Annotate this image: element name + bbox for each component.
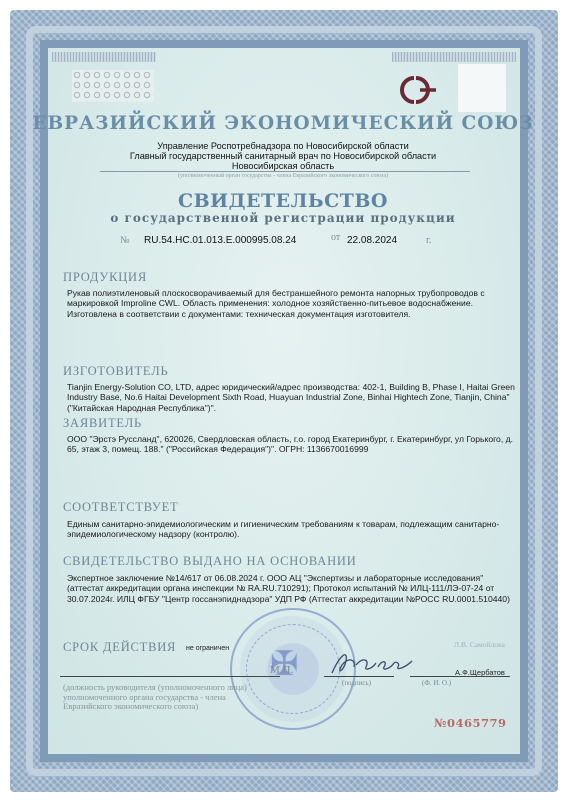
signature-icon <box>326 645 416 679</box>
security-pattern <box>72 70 154 102</box>
section-heading-product: ПРОДУКЦИЯ <box>63 270 147 285</box>
certificate-subtitle: о государственной регистрации продукции <box>0 211 566 225</box>
authority-caption: (уполномоченный орган государства - член… <box>0 173 566 179</box>
fio-caption: (Ф. И. О.) <box>422 679 451 687</box>
hologram-area <box>458 64 506 112</box>
signature-caption: (подпись) <box>342 679 371 687</box>
union-title: ЕВРАЗИЙСКИЙ ЭКОНОМИЧЕСКИЙ СОЮЗ <box>0 113 566 134</box>
position-caption: (должность руководителя (уполномоченного… <box>63 683 268 712</box>
section-text-product: Рукав полиэтиленовый плоскосворачиваемый… <box>67 288 515 319</box>
section-heading-basis: СВИДЕТЕЛЬСТВО ВЫДАНО НА ОСНОВАНИИ <box>63 554 357 569</box>
position-line <box>60 676 280 677</box>
authority-line-1: Управление Роспотребнадзора по Новосибир… <box>0 141 566 151</box>
validity-value: не ограничен <box>186 645 229 652</box>
authority-line-3: Новосибирская область <box>0 161 566 171</box>
section-text-conforms: Единым санитарно-эпидемиологическим и ги… <box>67 519 515 540</box>
section-heading-applicant: ЗАЯВИТЕЛЬ <box>63 416 142 431</box>
certificate-title: СВИДЕТЕЛЬСТВО <box>0 190 566 212</box>
section-text-manufacturer: Tianjin Energy-Solution CO, LTD, адрес ю… <box>67 382 515 413</box>
number-label: № <box>120 235 130 246</box>
date-label: от <box>331 232 340 243</box>
se-logo-icon <box>392 72 448 108</box>
section-heading-conforms: СООТВЕТСТВУЕТ <box>63 500 178 515</box>
serial-number: №0465779 <box>434 716 507 730</box>
guilloche-strip-right <box>392 52 516 62</box>
section-text-basis: Экспертное заключение №14/617 от 06.08.2… <box>67 573 515 604</box>
section-heading-manufacturer: ИЗГОТОВИТЕЛЬ <box>63 364 168 379</box>
authority-divider <box>100 171 470 172</box>
guilloche-strip-left <box>52 52 156 62</box>
certificate-number: RU.54.НС.01.013.Е.000995.08.24 <box>144 235 296 246</box>
signature-line <box>324 676 394 677</box>
authority-line-2: Главный государственный санитарный врач … <box>0 151 566 161</box>
validity-label: СРОК ДЕЙСТВИЯ <box>63 640 176 655</box>
section-text-applicant: ООО "Эрстэ Руссланд", 620026, Свердловск… <box>67 434 515 455</box>
faded-name: Л.В. Самойлова <box>454 640 505 649</box>
certificate-date: 22.08.2024 <box>347 235 397 246</box>
stamp-mark: М.П. <box>270 664 293 676</box>
signer-name: А.Ф.Щербатов <box>455 668 505 677</box>
year-suffix: г. <box>426 235 431 246</box>
